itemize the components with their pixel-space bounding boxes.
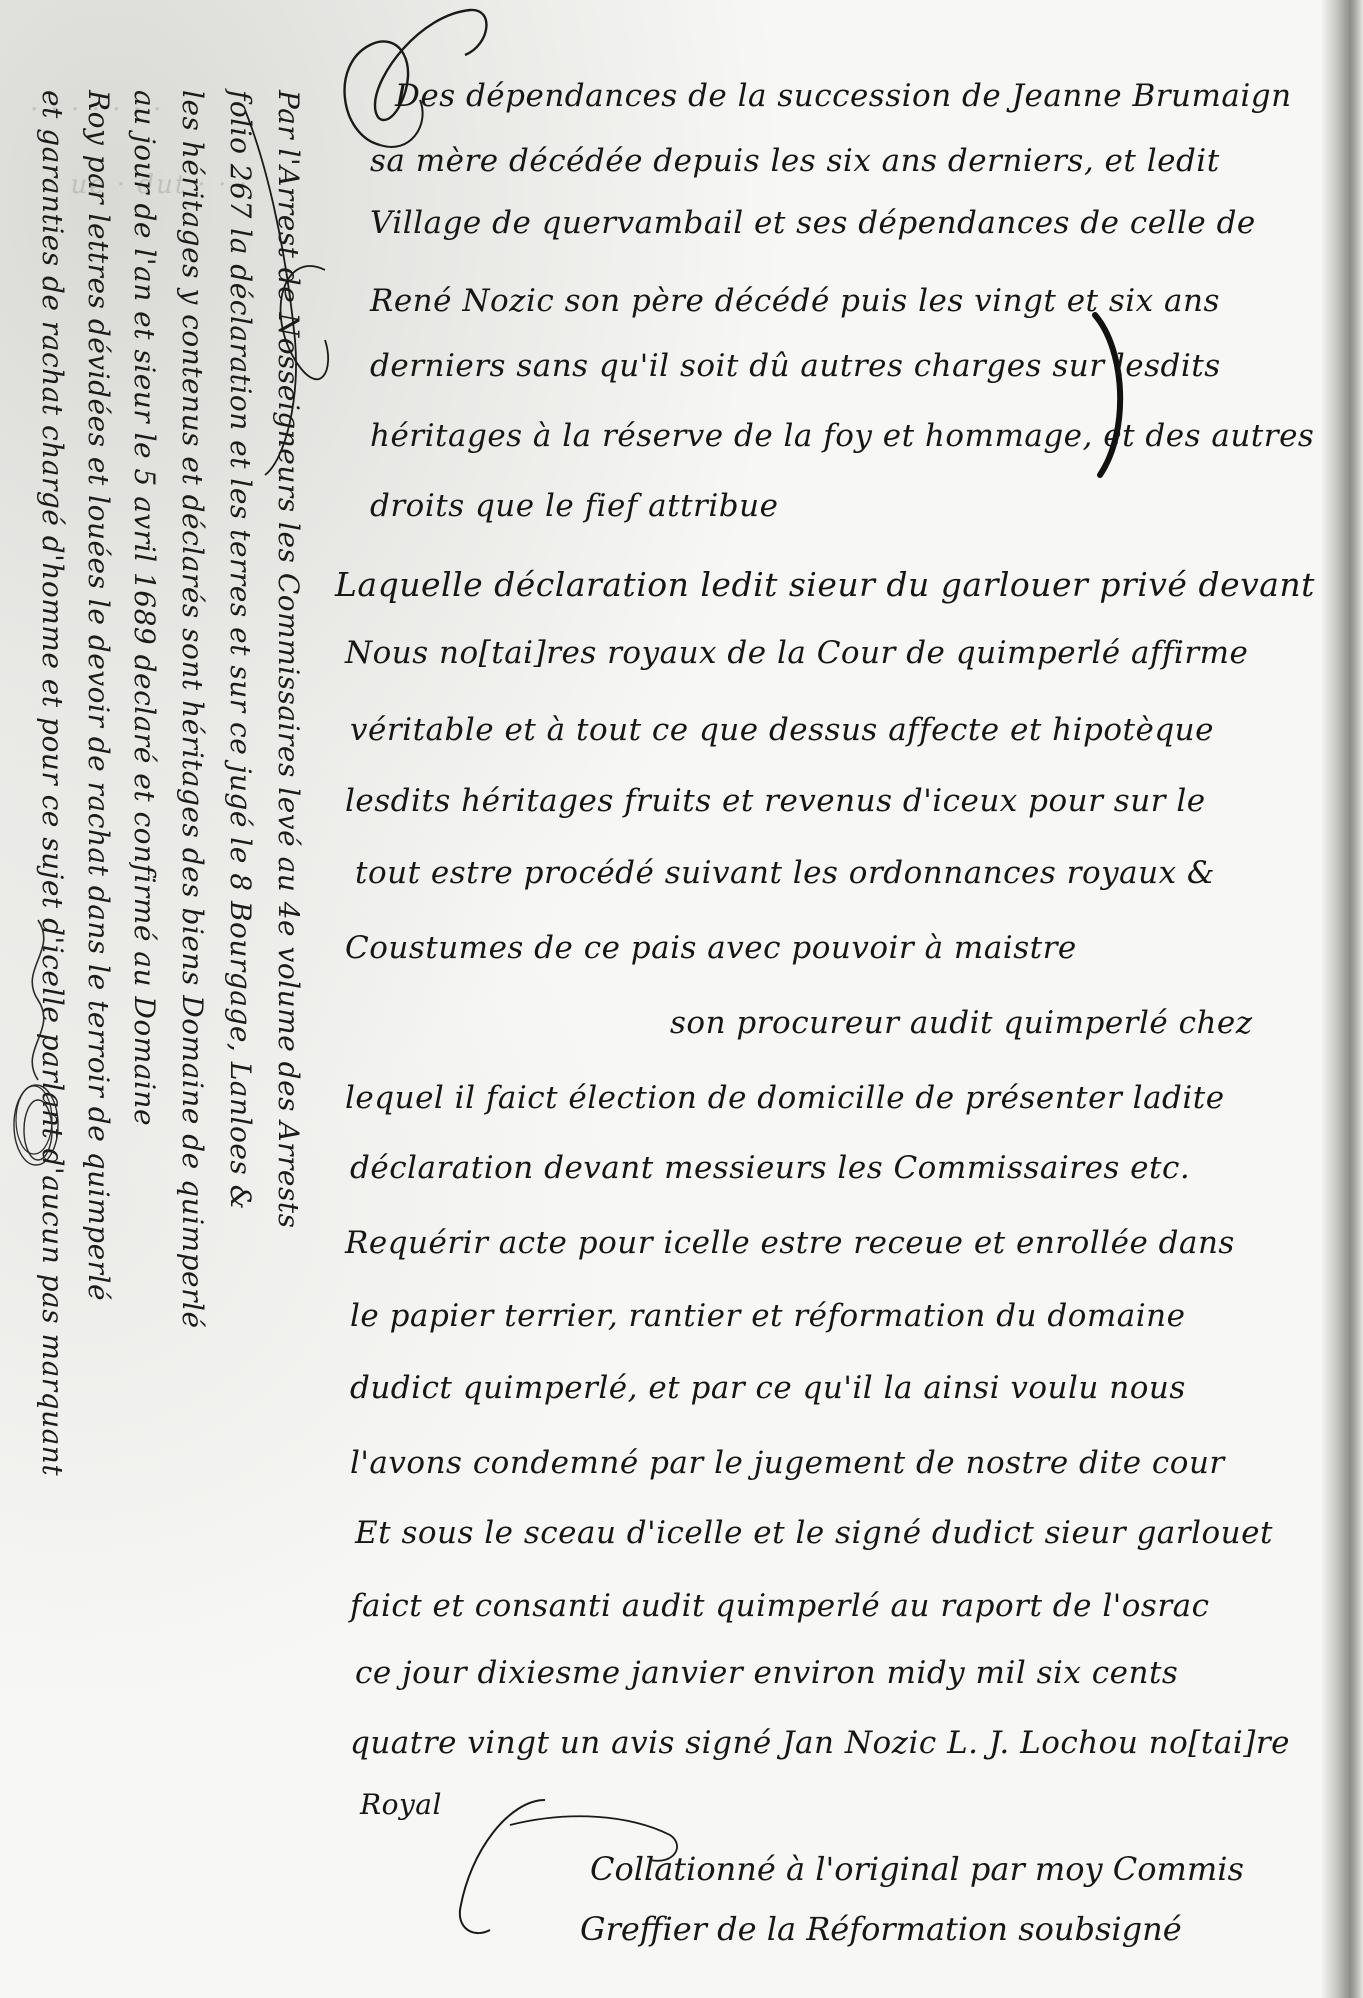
text-line: véritable et à tout ce que dessus affect…: [350, 712, 1214, 748]
text-line: l'avons condemné par le jugement de nost…: [350, 1445, 1225, 1481]
margin-note-line: au jour de l'an et sieur le 5 avril 1689…: [128, 90, 161, 1126]
text-line: René Nozic son père décédé puis les ving…: [370, 283, 1220, 319]
text-line: derniers sans qu'il soit dû autres charg…: [370, 348, 1221, 384]
margin-note-line: Roy par lettres dévidées et louées le de…: [82, 90, 115, 1301]
text-line: le papier terrier, rantier et réformatio…: [350, 1298, 1185, 1334]
margin-note-line: les héritages y contenus et déclarés son…: [176, 90, 209, 1329]
text-line: Laquelle déclaration ledit sieur du garl…: [335, 565, 1315, 604]
text-line: héritages à la réserve de la foy et homm…: [370, 418, 1314, 454]
text-line: Et sous le sceau d'icelle et le signé du…: [355, 1515, 1273, 1551]
text-line: faict et consanti audit quimperlé au rap…: [350, 1588, 1210, 1624]
text-line: tout estre procédé suivant les ordonnanc…: [355, 855, 1215, 891]
paraphe-initials-icon: [8, 910, 68, 1190]
manuscript-page: · · · · · · · · ue · dut · · · Des dépen…: [0, 0, 1363, 1998]
margin-note-line: folio 267 la déclaration et les terres e…: [224, 90, 257, 1210]
text-line: Royal: [360, 1788, 442, 1821]
attestation-line-2: Greffier de la Réformation soubsigné: [580, 1910, 1182, 1948]
text-line: ce jour dixiesme janvier environ midy mi…: [355, 1655, 1178, 1691]
text-line: sa mère décédée depuis les six ans derni…: [370, 143, 1220, 179]
text-line: Requérir acte pour icelle estre receue e…: [345, 1225, 1235, 1261]
text-line: Nous no[tai]res royaux de la Cour de qui…: [345, 635, 1248, 671]
text-line: dudict quimperlé, et par ce qu'il la ain…: [350, 1370, 1186, 1406]
text-line: lesdits héritages fruits et revenus d'ic…: [345, 783, 1206, 819]
text-line: son procureur audit quimperlé chez: [670, 1005, 1253, 1041]
text-line: Des dépendances de la succession de Jean…: [395, 78, 1292, 114]
margin-note-line: et garanties de rachat chargé d'homme et…: [36, 90, 69, 1476]
text-line: droits que le fief attribue: [370, 488, 778, 524]
text-line: lequel il faict élection de domicille de…: [345, 1080, 1225, 1116]
text-line: quatre vingt un avis signé Jan Nozic L. …: [350, 1725, 1290, 1761]
text-line: déclaration devant messieurs les Commiss…: [350, 1150, 1190, 1186]
attestation-line-1: Collationné à l'original par moy Commis: [590, 1850, 1244, 1888]
text-line: Village de quervambail et ses dépendance…: [370, 205, 1256, 241]
text-line: Coustumes de ce pais avec pouvoir à mais…: [345, 930, 1077, 966]
margin-note-line: Par l'Arrest de Nosseigneurs les Commiss…: [272, 90, 305, 1229]
